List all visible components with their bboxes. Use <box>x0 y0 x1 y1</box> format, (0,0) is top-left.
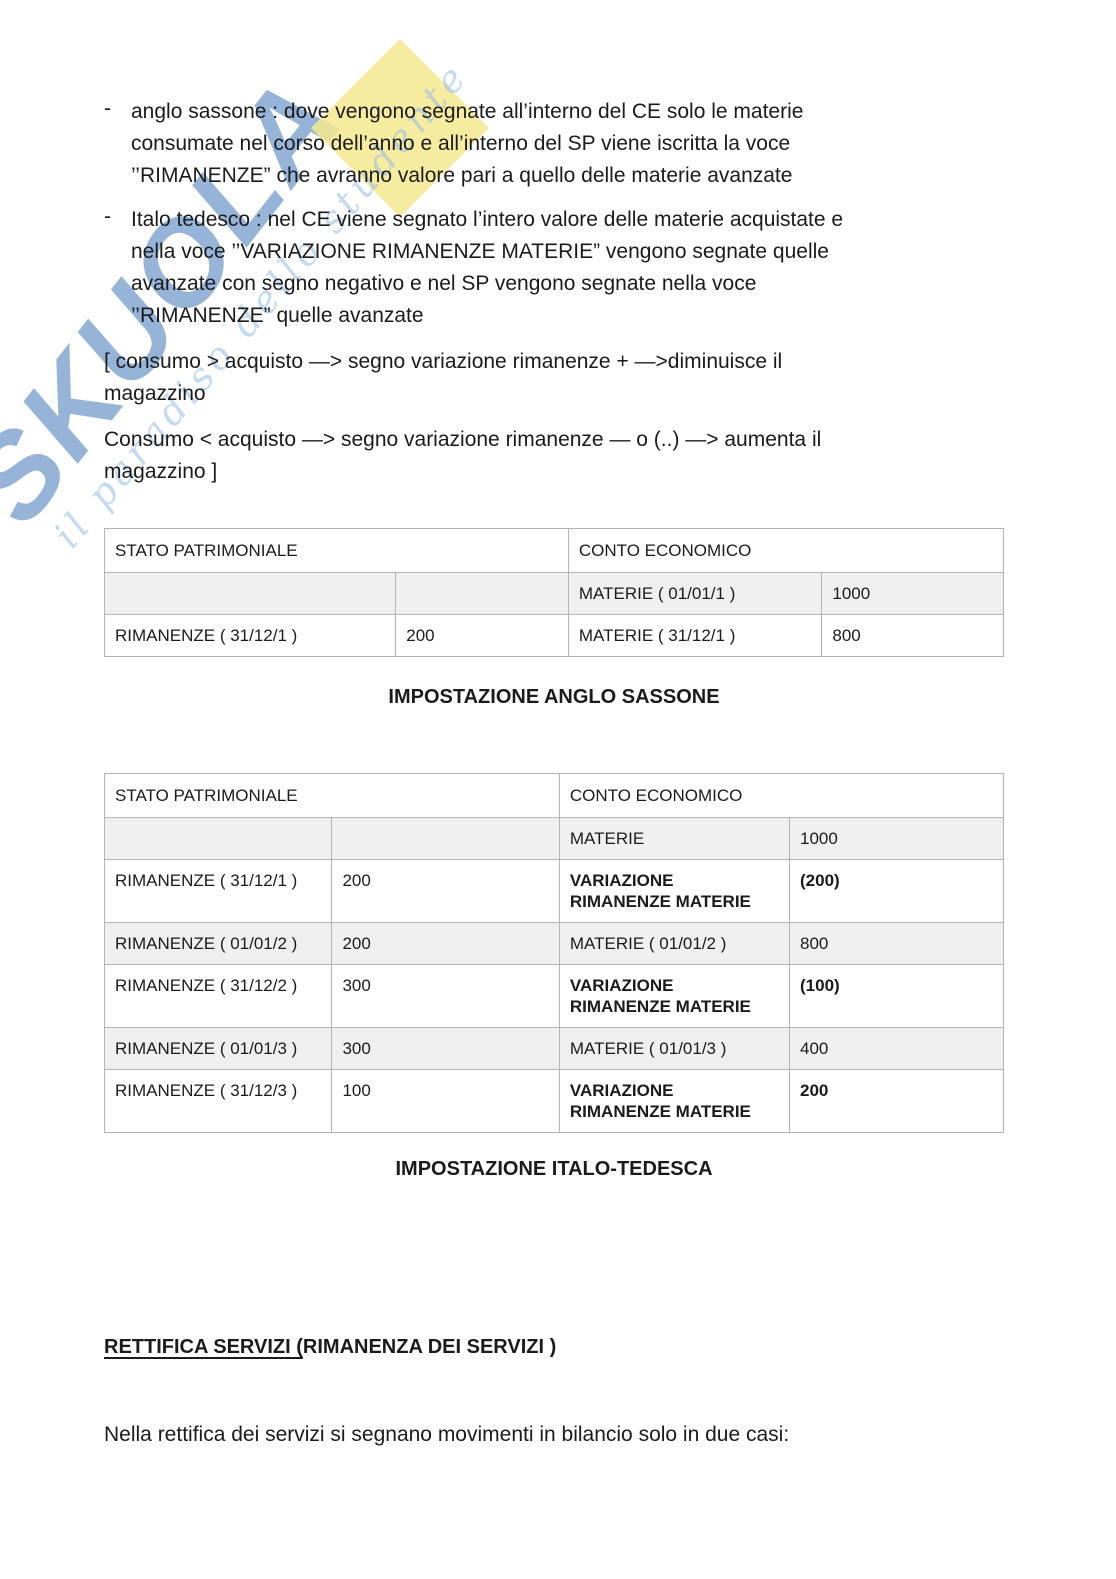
table-cell: MATERIE ( 01/01/1 ) <box>568 573 822 615</box>
table-cell: 800 <box>790 923 1004 965</box>
table-cell-variazione: VARIAZIONE RIMANENZE MATERIE <box>559 860 789 923</box>
table-cell: 300 <box>332 965 559 1028</box>
table-cell: MATERIE ( 01/01/3 ) <box>559 1028 789 1070</box>
bullet-dash: - <box>104 201 131 329</box>
heading-rettifica-servizi: RETTIFICA SERVIZI (RIMANENZA DEI SERVIZI… <box>104 1331 1004 1363</box>
header-cell-conto-economico: CONTO ECONOMICO <box>568 529 1003 573</box>
table-row: RIMANENZE ( 31/12/1 ) 200 VARIAZIONE RIM… <box>105 860 1004 923</box>
table-cell-variazione: VARIAZIONE RIMANENZE MATERIE <box>559 965 789 1028</box>
table-cell: 200 <box>396 615 569 657</box>
paragraph-consumo-maggiore: [ consumo > acquisto —> segno variazione… <box>104 346 1004 410</box>
table-cell: RIMANENZE ( 31/12/1 ) <box>105 860 332 923</box>
table-row: RIMANENZE ( 31/12/1 ) 200 MATERIE ( 31/1… <box>105 615 1004 657</box>
bullet-item-anglo-sassone: - anglo sassone : dove vengono segnate a… <box>104 96 1004 192</box>
table-cell: MATERIE ( 31/12/1 ) <box>568 615 822 657</box>
table-cell <box>105 573 396 615</box>
table-cell: 1000 <box>790 818 1004 860</box>
table-cell: MATERIE <box>559 818 789 860</box>
heading-impostazione-anglo-sassone: IMPOSTAZIONE ANGLO SASSONE <box>104 685 1004 709</box>
table-cell: 200 <box>332 923 559 965</box>
bullet-text: anglo sassone : dove vengono segnate all… <box>131 96 803 192</box>
heading-rettifica-rest: RIMANENZA DEI SERVIZI ) <box>303 1336 556 1358</box>
table-cell-value: (100) <box>790 965 1004 1028</box>
table-cell: RIMANENZE ( 31/12/3 ) <box>105 1070 332 1133</box>
table-row: MATERIE 1000 <box>105 818 1004 860</box>
table-cell <box>396 573 569 615</box>
table-cell <box>332 818 559 860</box>
header-cell-stato-patrimoniale: STATO PATRIMONIALE <box>105 774 560 818</box>
table-cell-value: 200 <box>790 1070 1004 1133</box>
table-cell: RIMANENZE ( 01/01/2 ) <box>105 923 332 965</box>
table-cell: RIMANENZE ( 31/12/1 ) <box>105 615 396 657</box>
table-cell: 1000 <box>822 573 1004 615</box>
document-content: - anglo sassone : dove vengono segnate a… <box>0 0 1116 1451</box>
document-page: SKUOLA il paradiso dello studente - angl… <box>0 0 1116 1579</box>
header-cell-stato-patrimoniale: STATO PATRIMONIALE <box>105 529 569 573</box>
heading-rettifica-underlined: RETTIFICA SERVIZI ( <box>104 1336 303 1358</box>
table-cell: 100 <box>332 1070 559 1133</box>
bullet-item-italo-tedesco: - Italo tedesco : nel CE viene segnato l… <box>104 204 1004 332</box>
table-cell: 400 <box>790 1028 1004 1070</box>
table-cell: RIMANENZE ( 01/01/3 ) <box>105 1028 332 1070</box>
table-row: RIMANENZE ( 31/12/2 ) 300 VARIAZIONE RIM… <box>105 965 1004 1028</box>
paragraph-consumo-minore: Consumo < acquisto —> segno variazione r… <box>104 424 1004 488</box>
table-cell: RIMANENZE ( 31/12/2 ) <box>105 965 332 1028</box>
table-cell: MATERIE ( 01/01/2 ) <box>559 923 789 965</box>
table-row: MATERIE ( 01/01/1 ) 1000 <box>105 573 1004 615</box>
table-row: RIMANENZE ( 01/01/2 ) 200 MATERIE ( 01/0… <box>105 923 1004 965</box>
table-anglo-sassone: STATO PATRIMONIALE CONTO ECONOMICO MATER… <box>104 528 1004 657</box>
header-cell-conto-economico: CONTO ECONOMICO <box>559 774 1003 818</box>
table-cell: 800 <box>822 615 1004 657</box>
bullet-dash: - <box>104 93 131 189</box>
table-cell <box>105 818 332 860</box>
table-row: RIMANENZE ( 31/12/3 ) 100 VARIAZIONE RIM… <box>105 1070 1004 1133</box>
table-cell: 200 <box>332 860 559 923</box>
table-cell-value: (200) <box>790 860 1004 923</box>
table-header-row: STATO PATRIMONIALE CONTO ECONOMICO <box>105 529 1004 573</box>
table-row: RIMANENZE ( 01/01/3 ) 300 MATERIE ( 01/0… <box>105 1028 1004 1070</box>
closing-line: Nella rettifica dei servizi si segnano m… <box>104 1419 1004 1451</box>
table-italo-tedesca: STATO PATRIMONIALE CONTO ECONOMICO MATER… <box>104 773 1004 1133</box>
table-header-row: STATO PATRIMONIALE CONTO ECONOMICO <box>105 774 1004 818</box>
table-cell-variazione: VARIAZIONE RIMANENZE MATERIE <box>559 1070 789 1133</box>
table-cell: 300 <box>332 1028 559 1070</box>
bullet-text: Italo tedesco : nel CE viene segnato l’i… <box>131 204 843 332</box>
heading-impostazione-italo-tedesca: IMPOSTAZIONE ITALO-TEDESCA <box>104 1157 1004 1181</box>
